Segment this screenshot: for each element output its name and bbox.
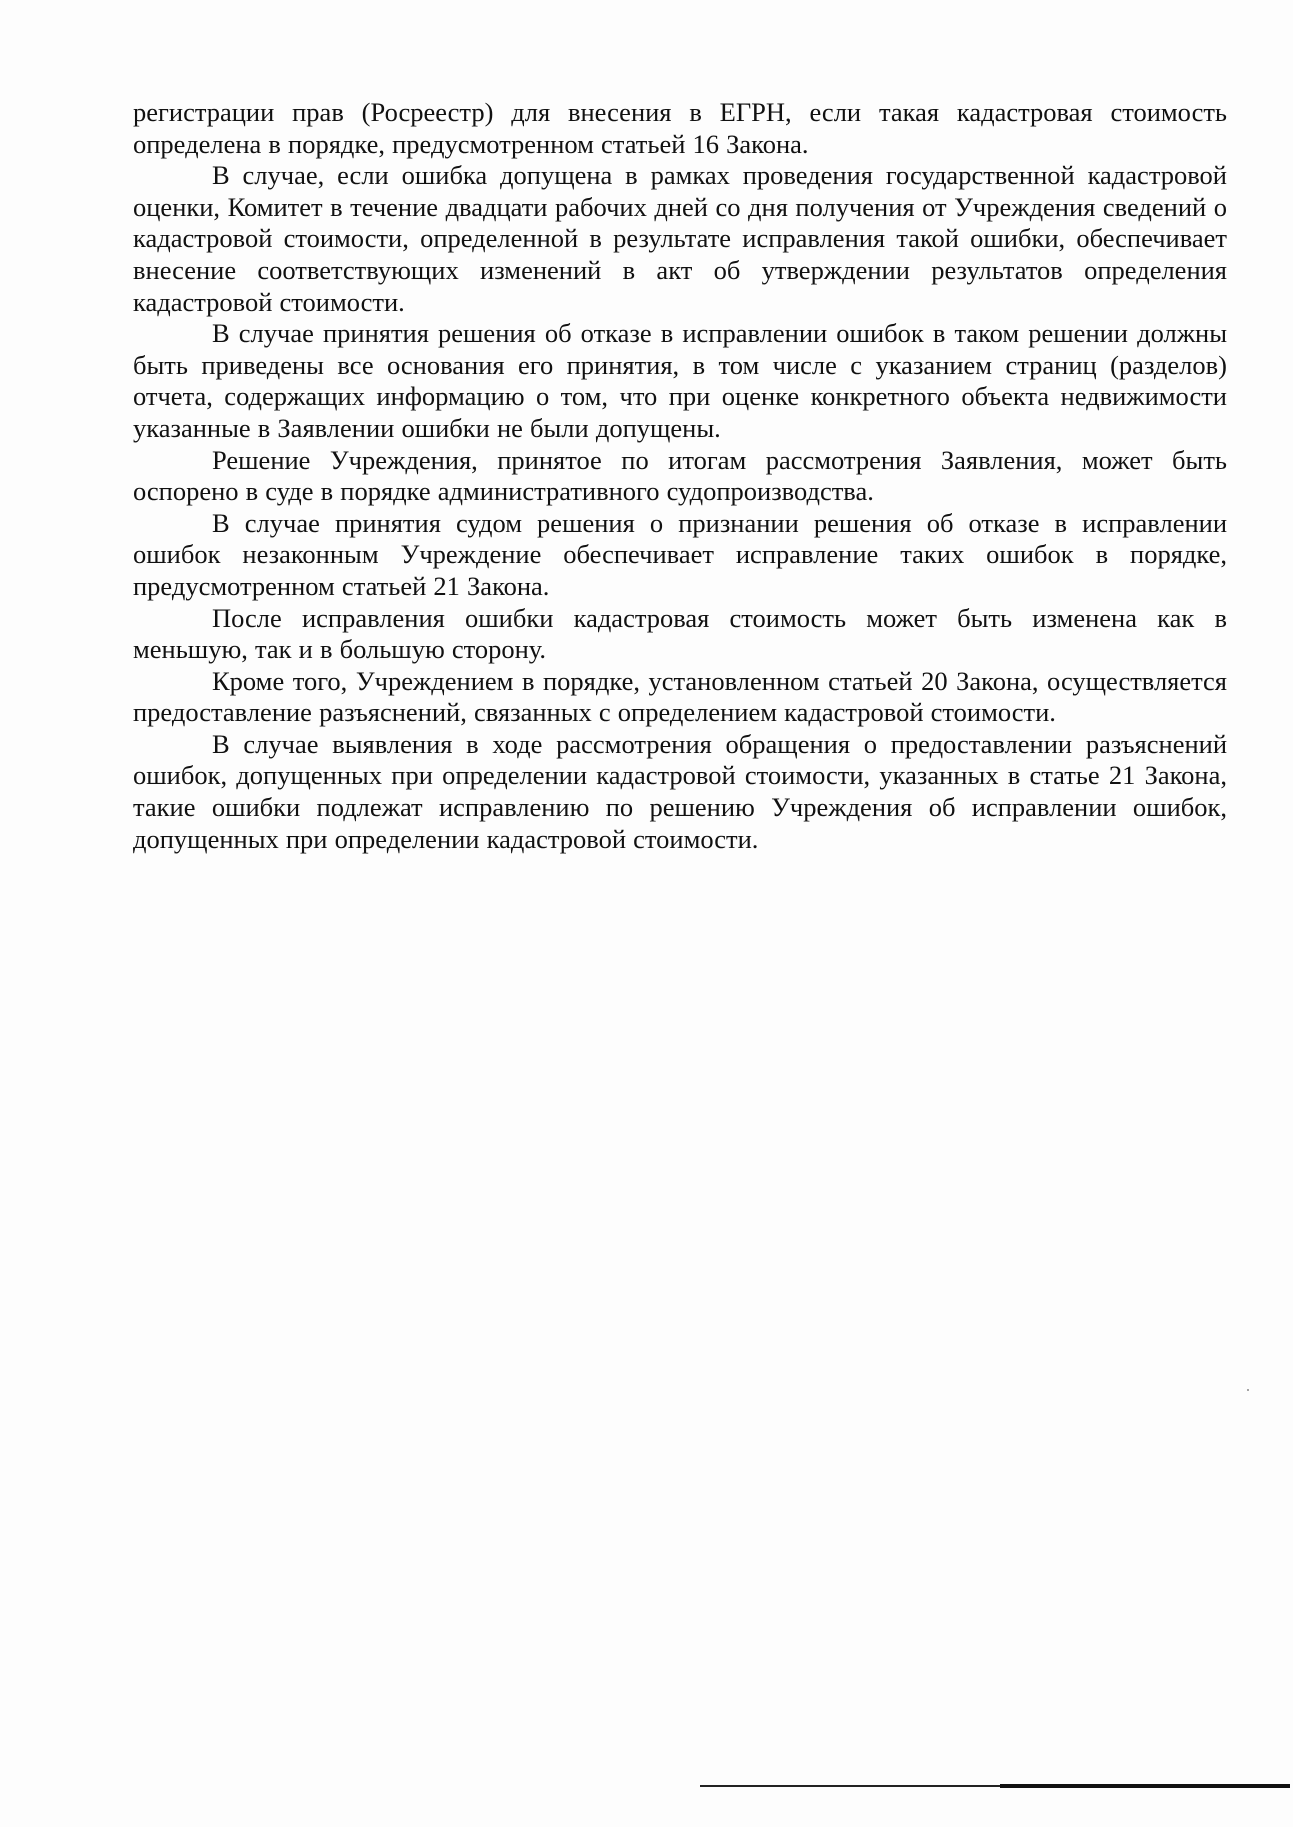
paragraph-explanations: Кроме того, Учреждением в порядке, устан… <box>133 666 1227 729</box>
paragraph-value-change: После исправления ошибки кадастровая сто… <box>133 603 1227 666</box>
document-body: регистрации прав (Росреестр) для внесени… <box>133 97 1227 855</box>
scan-artifact <box>1247 1389 1249 1391</box>
bottom-rule-line-thick <box>1000 1784 1290 1788</box>
paragraph-court-ruling: В случае принятия судом решения о призна… <box>133 508 1227 603</box>
paragraph-refusal-decision: В случае принятия решения об отказе в ис… <box>133 318 1227 444</box>
scanned-page: регистрации прав (Росреестр) для внесени… <box>0 0 1293 1827</box>
paragraph-gko-error: В случае, если ошибка допущена в рамках … <box>133 160 1227 318</box>
paragraph-continuation: регистрации прав (Росреестр) для внесени… <box>133 97 1227 160</box>
paragraph-errors-in-explanations: В случае выявления в ходе рассмотрения о… <box>133 729 1227 855</box>
paragraph-appeal-in-court: Решение Учреждения, принятое по итогам р… <box>133 445 1227 508</box>
